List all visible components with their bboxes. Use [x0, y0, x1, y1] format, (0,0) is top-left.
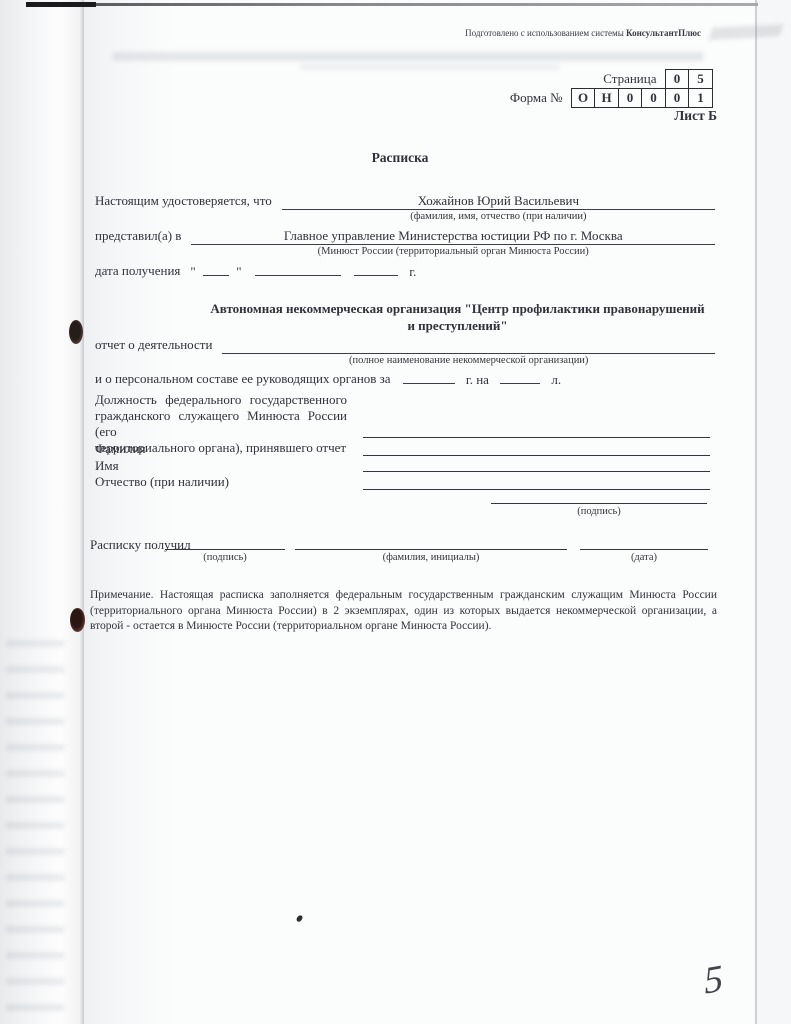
- form-number-cell: 1: [688, 88, 713, 108]
- submitted-field: Главное управление Министерства юстиции …: [191, 227, 715, 259]
- month-blank: [255, 262, 341, 276]
- signature-line: [491, 503, 707, 504]
- bleed-through-text: [6, 640, 64, 1012]
- official-position-line1: Должность федерального государственного: [95, 392, 347, 408]
- receipt-date-blanks: " " г.: [190, 262, 416, 280]
- surname-label: Фамилия: [95, 441, 146, 456]
- page-number-cells: 0 5: [665, 69, 714, 89]
- form-code-table: Страница 0 5 Форма № О Н 0 0 0 1: [510, 69, 713, 108]
- received-signature-line: [165, 549, 285, 550]
- receipt-date-row: дата получения " " г.: [95, 262, 715, 280]
- sheet-label: Лист Б: [674, 108, 717, 124]
- form-number-cell: 0: [641, 88, 666, 108]
- received-name-caption: (фамилия, инициалы): [295, 552, 567, 563]
- patronymic-blank-line: [363, 489, 710, 490]
- punch-hole: [69, 320, 83, 344]
- bleed-through-text: [112, 52, 704, 61]
- page-number-cell: 5: [688, 69, 713, 89]
- scanned-document-page: 5 Подготовлено с использованием системы …: [0, 0, 791, 1024]
- position-blank-line: [363, 437, 710, 438]
- ink-speck: [296, 914, 304, 923]
- scan-top-shadow: [96, 3, 758, 6]
- year-blank: [354, 262, 398, 276]
- page-number-row: Страница 0 5: [603, 69, 713, 89]
- prepared-with-note: Подготовлено с использованием системы Ко…: [465, 28, 701, 38]
- name-label: Имя: [95, 458, 119, 473]
- signature-caption: (подпись): [491, 506, 707, 517]
- close-quote: ": [236, 264, 241, 279]
- activity-report-field: (полное наименование некоммерческой орга…: [222, 336, 715, 368]
- submitted-row: представил(а) в Главное управление Минис…: [95, 227, 715, 259]
- activity-report-line: [222, 336, 715, 354]
- personnel-row: и о персональном составе ее руководящих …: [95, 370, 715, 388]
- page-number-cell: 0: [665, 69, 690, 89]
- scan-top-shadow: [26, 2, 96, 7]
- organization-name-line1: Автономная некоммерческая организация "Ц…: [200, 300, 715, 317]
- official-position-line2: гражданского служащего Минюста России (е…: [95, 408, 347, 440]
- prepared-with-prefix: Подготовлено с использованием системы: [465, 28, 626, 38]
- certify-row: Настоящим удостоверяется, что Хожайнов Ю…: [95, 192, 715, 224]
- year-suffix: г.: [409, 264, 416, 279]
- certify-label: Настоящим удостоверяется, что: [95, 192, 282, 209]
- receipt-date-label: дата получения: [95, 262, 190, 279]
- certify-field: Хожайнов Юрий Васильевич (фамилия, имя, …: [282, 192, 715, 224]
- certify-caption: (фамилия, имя, отчество (при наличии): [282, 210, 715, 224]
- activity-report-caption: (полное наименование некоммерческой орга…: [222, 354, 715, 368]
- activity-report-row: отчет о деятельности (полное наименовани…: [95, 336, 715, 368]
- consultantplus-brand: КонсультантПлюс: [626, 28, 701, 38]
- scan-right-edge: [755, 0, 791, 1024]
- sheets-blank: [500, 370, 540, 384]
- surname-blank-line: [363, 455, 710, 456]
- received-name-line: [295, 549, 567, 550]
- form-number-label: Форма №: [510, 90, 563, 106]
- received-signature-caption: (подпись): [165, 552, 285, 563]
- day-blank: [203, 262, 229, 276]
- personnel-sheets-label: л.: [551, 372, 561, 387]
- name-blank-line: [363, 471, 710, 472]
- form-number-cell: 0: [618, 88, 643, 108]
- form-number-cell: 0: [665, 88, 690, 108]
- form-number-cell: О: [571, 88, 596, 108]
- organization-name-line2: и преступлений": [200, 317, 715, 334]
- note-paragraph: Примечание. Настоящая расписка заполняет…: [90, 588, 717, 635]
- page-number-label: Страница: [603, 71, 656, 87]
- form-number-cells: О Н 0 0 0 1: [571, 88, 714, 108]
- form-number-row: Форма № О Н 0 0 0 1: [510, 88, 713, 108]
- personnel-year-label: г. на: [466, 372, 489, 387]
- received-date-caption: (дата): [580, 552, 708, 563]
- received-date-line: [580, 549, 708, 550]
- personnel-text: и о персональном составе ее руководящих …: [95, 370, 401, 387]
- organization-name: Автономная некоммерческая организация "Ц…: [200, 300, 715, 334]
- year-blank: [403, 370, 455, 384]
- form-number-cell: Н: [594, 88, 619, 108]
- certify-value: Хожайнов Юрий Васильевич: [282, 192, 715, 210]
- open-quote: ": [190, 264, 195, 279]
- submitted-caption: (Минюст России (территориальный орган Ми…: [191, 245, 715, 259]
- patronymic-label: Отчество (при наличии): [95, 474, 229, 489]
- submitted-label: представил(а) в: [95, 227, 191, 244]
- handwritten-page-number: 5: [703, 956, 725, 1003]
- personnel-blanks: г. на л.: [401, 370, 562, 388]
- document-title: Расписка: [84, 150, 716, 166]
- activity-report-label: отчет о деятельности: [95, 336, 222, 353]
- punch-hole: [70, 608, 85, 632]
- submitted-value: Главное управление Министерства юстиции …: [191, 227, 715, 245]
